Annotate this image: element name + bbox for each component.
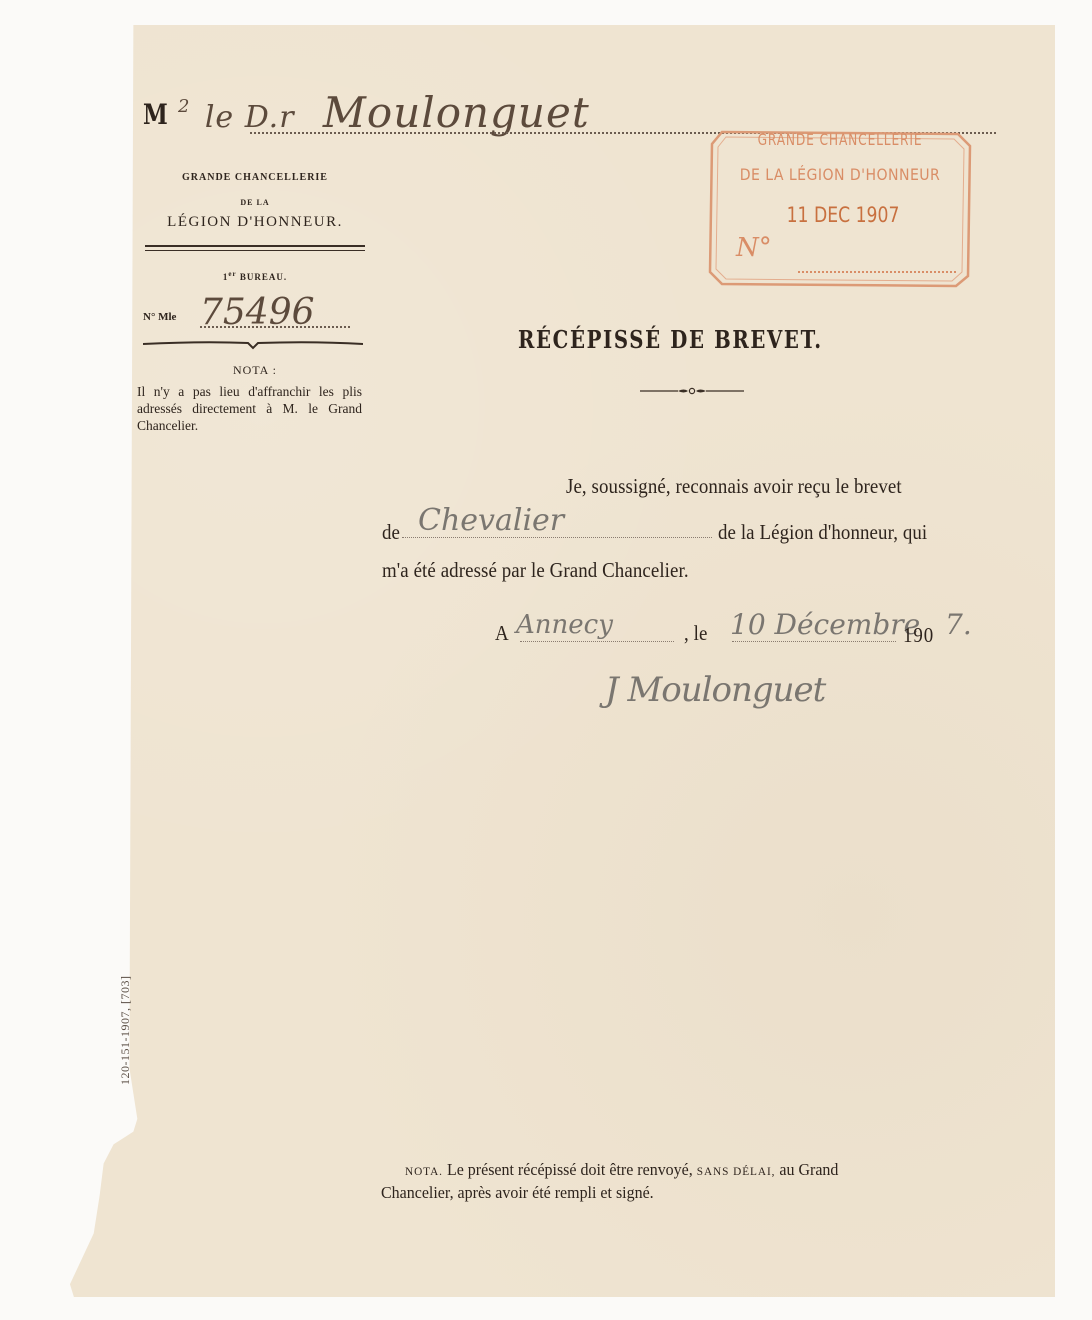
recipient-handwritten: 2 le D.r Moulonguet [178,88,590,137]
matricule-label: N° Mle [143,311,176,323]
stamp-number-dotted-line [798,271,956,273]
place-a-label: A [495,621,509,646]
stamp-line1: GRANDE CHANCELLERIE [728,130,952,149]
document-title: RÉCÉPISSÉ DE BREVET. [518,325,823,354]
place-dotted-line [520,641,674,642]
date-handwritten: 10 Décembre [730,608,920,641]
stamp-line2: DE LA LÉGION D'HONNEUR [724,165,956,184]
date-dotted-line [732,641,896,642]
print-code: 120-151-1907, [703] [118,976,133,1085]
footer-nota-label: NOTA. [405,1164,443,1178]
letterhead-line2: DE LA [140,198,370,207]
recipient-superscript: 2 [178,96,190,117]
footer-nota-text1: Le présent récépissé doit être renvoyé, [447,1160,693,1179]
footer-nota: NOTA. Le présent récépissé doit être ren… [405,1158,958,1183]
bureau-sup: er [228,270,236,278]
stamp-number-label: N° [736,233,772,263]
letterhead-double-rule [145,245,365,251]
recipient-m-label: M [143,98,168,131]
grade-handwritten: Chevalier [418,503,564,538]
footer-nota-line1: NOTA. Le présent récépissé doit être ren… [405,1160,838,1179]
footer-nota-emphasis: SANS DÉLAI, [697,1164,776,1178]
received-stamp: GRANDE CHANCELLERIE DE LA LÉGION D'HONNE… [708,128,972,288]
bureau-text: BUREAU. [240,272,287,282]
nota-left-body: Il n'y a pas lieu d'affranchir les plis … [137,383,362,434]
footer-nota-text2: au Grand [779,1160,838,1179]
year-printed: 190 [903,623,934,648]
ornament-divider-icon [640,386,744,396]
body-line1: Je, soussigné, reconnais avoir reçu le b… [566,474,902,499]
year-handwritten: 7. [945,608,972,641]
stamp-date: 11 DEC 1907 [782,203,905,227]
nota-left-title: NOTA : [140,363,370,378]
recipient-name: Moulonguet [323,88,590,137]
grade-dotted-line [402,537,712,538]
matricule-dotted-line [200,326,350,328]
place-handwritten: Annecy [516,610,613,640]
flourish-rule-icon [143,338,363,350]
body-line2-suffix: de la Légion d'honneur, qui [718,520,927,545]
bureau-label: 1er BUREAU. [140,270,370,282]
body-line2-prefix: de [382,520,400,545]
letterhead-line1: GRANDE CHANCELLERIE [140,172,370,183]
letterhead-line3: LÉGION D'HONNEUR. [140,214,370,231]
recipient-prefix: le D.r [205,100,295,135]
signature: J Moulonguet [605,670,825,710]
body-line3: m'a été adressé par le Grand Chancelier. [382,558,689,583]
footer-nota-line2: Chancelier, après avoir été rempli et si… [381,1183,654,1203]
date-le-label: , le [684,621,707,646]
